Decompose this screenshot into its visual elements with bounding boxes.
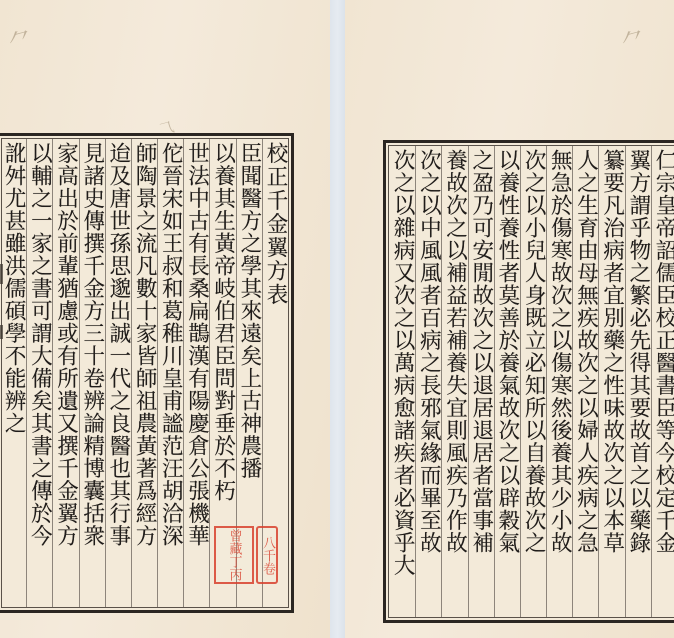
text-column: 養故次之以補益若補養失宜則風疾乃作故 bbox=[441, 146, 467, 617]
page-gutter bbox=[330, 0, 345, 638]
text-column: 臣聞醫方之學其來遠矣上古神農播 bbox=[236, 139, 262, 607]
right-text-frame: 仁宗皇帝詔儒臣校正醫書臣等今校定千金 翼方謂乎物之繁必先得其要故首之以藥錄 纂要… bbox=[383, 140, 674, 623]
text-column: 見諸史傳撰千金方三十卷辨論精博囊括衆 bbox=[79, 139, 105, 607]
paper-stain: ⺈ bbox=[617, 19, 649, 59]
right-page: ⺈ 仁宗皇帝詔儒臣校正醫書臣等今校定千金 翼方謂乎物之繁必先得其要故首之以藥錄 … bbox=[345, 0, 674, 638]
text-column: 以輔之一家之書可謂大備矣其書之傳於今 bbox=[26, 139, 52, 607]
text-column: 之盈乃可安閒故次之以退居退居者當事補 bbox=[468, 146, 494, 617]
text-column: 師陶景之流凡數十家皆師祖農黃著爲經方 bbox=[131, 139, 157, 607]
text-column: 以養性養性者莫善於養氣故次之以辟穀氣 bbox=[494, 146, 520, 617]
text-column: 人之生育由母無疾故次之以婦人疾病之急 bbox=[572, 146, 598, 617]
text-column: 佗晉宋如王叔和葛稚川皇甫謐范汪胡洽深 bbox=[157, 139, 183, 607]
text-column: 無急於傷寒故次之以傷寒然後養其少小故 bbox=[546, 146, 572, 617]
text-column: 訛舛尤甚雖洪儒碩學不能辨之 bbox=[0, 139, 26, 607]
text-column: 仁宗皇帝詔儒臣校正醫書臣等今校定千金 bbox=[651, 146, 674, 617]
memorial-title-column: 校正千金翼方表 bbox=[262, 139, 288, 607]
text-column: 家高出於前輩猶慮或有所遺又撰千金翼方 bbox=[52, 139, 78, 607]
frame-edge-mark bbox=[0, 325, 3, 339]
text-column: 世法中古有長桑扁鵲漢有陽慶倉公張機華 bbox=[183, 139, 209, 607]
text-column: 次之以中風風者百病之長邪氣緣而畢至故 bbox=[415, 146, 441, 617]
frame-edge-mark bbox=[0, 264, 3, 284]
text-column: 纂要凡治病者宜別藥之性味故次之以本草 bbox=[598, 146, 624, 617]
left-text-frame: 校正千金翼方表 臣聞醫方之學其來遠矣上古神農播 以養其生黃帝岐伯君臣問對垂於不朽… bbox=[0, 133, 294, 613]
text-column: 次之以雜病又次之以萬病愈諸疾者必資乎大 bbox=[389, 146, 415, 617]
text-column: 以養其生黃帝岐伯君臣問對垂於不朽 bbox=[209, 139, 235, 607]
paper-stain: ⺈ bbox=[4, 19, 36, 59]
left-page: ⺈ ⺄ 校正千金翼方表 臣聞醫方之學其來遠矣上古神農播 以養其生黃帝岐伯君臣問對… bbox=[0, 0, 330, 638]
text-column: 翼方謂乎物之繁必先得其要故首之以藥錄 bbox=[625, 146, 651, 617]
left-column-grid: 校正千金翼方表 臣聞醫方之學其來遠矣上古神農播 以養其生黃帝岐伯君臣問對垂於不朽… bbox=[1, 138, 289, 608]
text-column: 次之以小兒人身既立必知所以自養故次之 bbox=[520, 146, 546, 617]
right-column-grid: 仁宗皇帝詔儒臣校正醫書臣等今校定千金 翼方謂乎物之繁必先得其要故首之以藥錄 纂要… bbox=[388, 145, 674, 618]
text-column: 迨及唐世孫思邈出誠一代之良醫也其行事 bbox=[105, 139, 131, 607]
